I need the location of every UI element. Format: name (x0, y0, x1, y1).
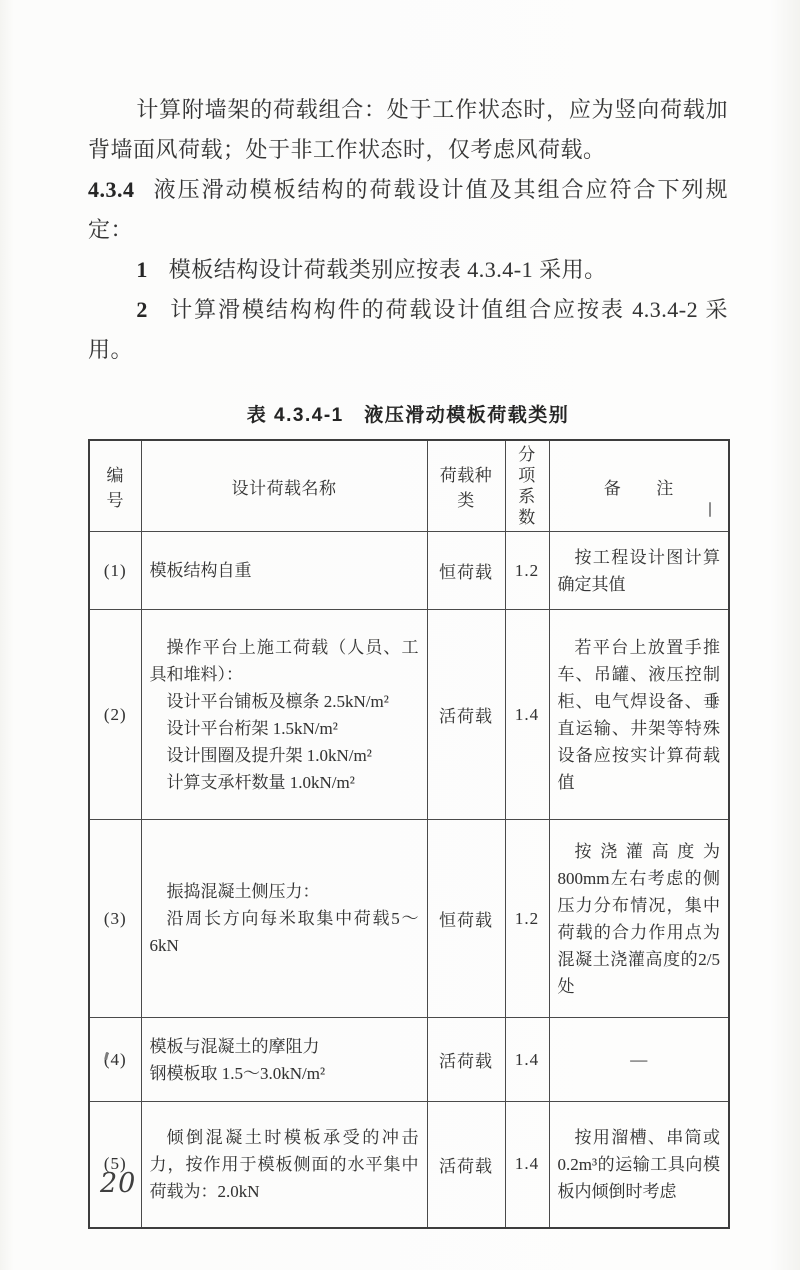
load-name-line: 设计围圈及提升架 1.0kN/m² (167, 742, 419, 769)
header-load-kind: 荷载种类 (427, 440, 505, 532)
item-1-text: 模板结构设计荷载类别应按表 4.3.4-1 采用。 (169, 257, 607, 282)
cell-load-name: 模板与混凝土的摩阻力 钢模板取 1.5～3.0kN/m² (141, 1018, 427, 1102)
clause-item-2: 2计算滑模结构构件的荷载设计值组合应按表 4.3.4-2 采用。 (88, 290, 728, 370)
table-title: 表 4.3.4-1 液压滑动模板荷载类别 (88, 400, 728, 427)
table-row: (1) 模板结构自重 恒荷载 1.2 按工程设计图计算确定其值 (89, 532, 729, 610)
header-remark: 备 注 (549, 440, 729, 532)
page-number: 20 (100, 1168, 136, 1199)
clause-item-1: 1模板结构设计荷载类别应按表 4.3.4-1 采用。 (88, 250, 728, 290)
cell-serial: (5) (89, 1102, 141, 1228)
header-serial: 编号 (89, 440, 141, 532)
paragraph-load-combination: 计算附墙架的荷载组合：处于工作状态时，应为竖向荷载加背墙面风荷载；处于非工作状态… (88, 90, 728, 170)
remark-text: 按用溜槽、串筒或0.2m³的运输工具向模板内倾倒时考虑 (558, 1124, 721, 1205)
load-name-line: 计算支承杆数量 1.0kN/m² (167, 769, 419, 796)
cell-load-kind: 活荷载 (427, 1018, 505, 1102)
intro-text-block: 计算附墙架的荷载组合：处于工作状态时，应为竖向荷载加背墙面风荷载；处于非工作状态… (88, 90, 728, 370)
cell-load-name: 操作平台上施工荷载（人员、工具和堆料）： 设计平台铺板及檩条 2.5kN/m² … (141, 610, 427, 820)
cell-remark: 按浇灌高度为800mm左右考虑的侧压力分布情况，集中荷载的合力作用点为混凝土浇灌… (549, 820, 729, 1018)
cell-serial: (1) (89, 532, 141, 610)
cell-load-name: 倾倒混凝土时模板承受的冲击力，按作用于模板侧面的水平集中荷载为：2.0kN (141, 1102, 427, 1228)
cell-load-kind: 活荷载 (427, 1102, 505, 1228)
load-name-head: 振捣混凝土侧压力： (150, 878, 419, 905)
cell-partial-factor: 1.4 (505, 610, 549, 820)
scan-artifact-tick (709, 502, 711, 517)
load-name-line: 设计平台铺板及檩条 2.5kN/m² (167, 688, 419, 715)
load-category-table: 编号 设计荷载名称 荷载种类 分项系数 备 注 (1) 模板结构自重 恒荷载 1… (88, 439, 730, 1229)
cell-partial-factor: 1.2 (505, 820, 549, 1018)
load-name-head: 操作平台上施工荷载（人员、工具和堆料）： (150, 634, 419, 688)
table-row: (4) 模板与混凝土的摩阻力 钢模板取 1.5～3.0kN/m² 活荷载 1.4… (89, 1018, 729, 1102)
cell-remark: 若平台上放置手推车、吊罐、液压控制柜、电气焊设备、垂直运输、井架等特殊设备应按实… (549, 610, 729, 820)
cell-load-kind: 恒荷载 (427, 532, 505, 610)
item-1-number: 1 (136, 257, 148, 282)
load-name-line: 沿周长方向每米取集中荷载5～6kN (150, 905, 419, 959)
cell-partial-factor: 1.4 (505, 1018, 549, 1102)
header-partial-factor-line2: 系数 (514, 486, 541, 528)
remark-text: — (558, 1046, 721, 1073)
remark-text: 按浇灌高度为800mm左右考虑的侧压力分布情况，集中荷载的合力作用点为混凝土浇灌… (558, 838, 721, 1000)
load-name-text: 模板结构自重 (150, 557, 419, 584)
clause-number: 4.3.4 (88, 177, 135, 202)
remark-text: 按工程设计图计算确定其值 (558, 544, 721, 598)
item-2-number: 2 (136, 297, 148, 322)
header-partial-factor: 分项系数 (505, 440, 549, 532)
cell-serial: (2) (89, 610, 141, 820)
cell-partial-factor: 1.4 (505, 1102, 549, 1228)
document-page: 计算附墙架的荷载组合：处于工作状态时，应为竖向荷载加背墙面风荷载；处于非工作状态… (0, 0, 800, 1270)
cell-remark: 按用溜槽、串筒或0.2m³的运输工具向模板内倾倒时考虑 (549, 1102, 729, 1228)
cell-load-name: 模板结构自重 (141, 532, 427, 610)
load-name-head: 模板与混凝土的摩阻力 (150, 1033, 419, 1060)
table-header-row: 编号 设计荷载名称 荷载种类 分项系数 备 注 (89, 440, 729, 532)
cell-load-name: 振捣混凝土侧压力： 沿周长方向每米取集中荷载5～6kN (141, 820, 427, 1018)
scan-artifact-tick (713, 694, 715, 709)
cell-remark: — (549, 1018, 729, 1102)
cell-serial: (3) (89, 820, 141, 1018)
cell-load-kind: 恒荷载 (427, 820, 505, 1018)
item-2-text: 计算滑模结构构件的荷载设计值组合应按表 4.3.4-2 采用。 (88, 297, 728, 362)
clause-text: 液压滑动模板结构的荷载设计值及其组合应符合下列规定： (88, 177, 728, 242)
cell-partial-factor: 1.2 (505, 532, 549, 610)
load-name-line: 设计平台桁架 1.5kN/m² (167, 715, 419, 742)
clause-4-3-4: 4.3.4液压滑动模板结构的荷载设计值及其组合应符合下列规定： (88, 170, 728, 250)
table-row: (5) 倾倒混凝土时模板承受的冲击力，按作用于模板侧面的水平集中荷载为：2.0k… (89, 1102, 729, 1228)
cell-load-kind: 活荷载 (427, 610, 505, 820)
table-row: (2) 操作平台上施工荷载（人员、工具和堆料）： 设计平台铺板及檩条 2.5kN… (89, 610, 729, 820)
page-content: 计算附墙架的荷载组合：处于工作状态时，应为竖向荷载加背墙面风荷载；处于非工作状态… (88, 90, 728, 1229)
header-load-name: 设计荷载名称 (141, 440, 427, 532)
remark-text: 若平台上放置手推车、吊罐、液压控制柜、电气焊设备、垂直运输、井架等特殊设备应按实… (558, 634, 721, 796)
table-row: (3) 振捣混凝土侧压力： 沿周长方向每米取集中荷载5～6kN 恒荷载 1.2 … (89, 820, 729, 1018)
header-partial-factor-line1: 分项 (514, 444, 541, 486)
cell-serial: (4) (89, 1018, 141, 1102)
load-name-line: 钢模板取 1.5～3.0kN/m² (150, 1060, 419, 1087)
cell-remark: 按工程设计图计算确定其值 (549, 532, 729, 610)
load-name-text: 倾倒混凝土时模板承受的冲击力，按作用于模板侧面的水平集中荷载为：2.0kN (150, 1124, 419, 1205)
